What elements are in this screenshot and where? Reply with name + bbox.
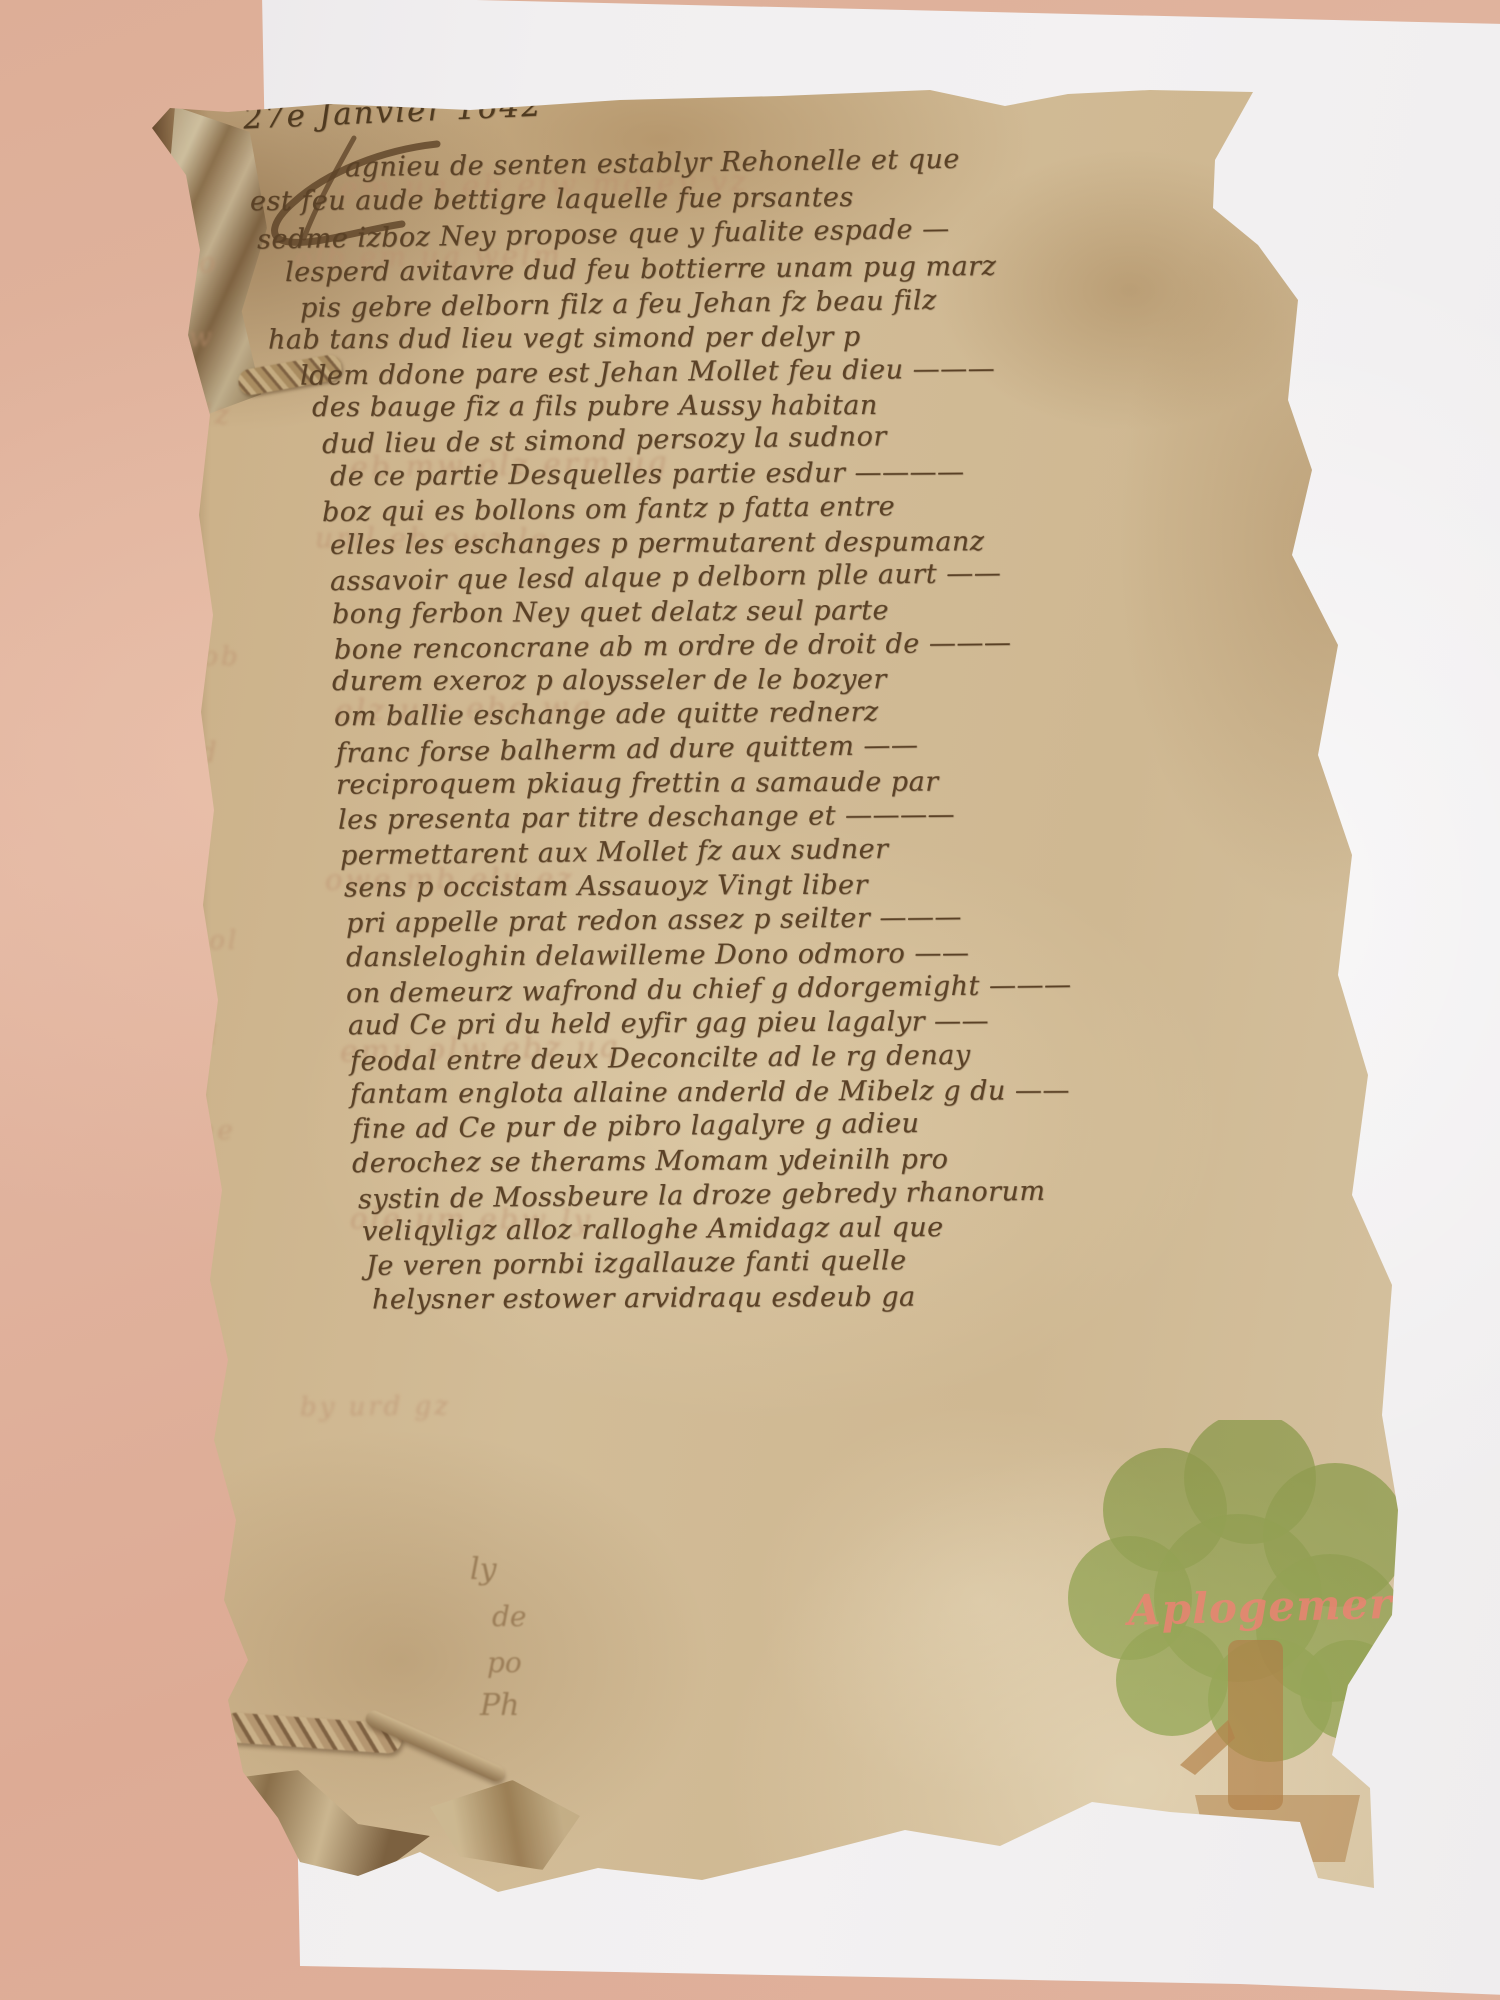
initial-flourish <box>232 132 452 262</box>
margin-flourish: po <box>487 1646 522 1679</box>
bleedthrough-line: bne <box>178 1116 236 1146</box>
bleedthrough-line: bo <box>178 246 219 279</box>
binding-lace-icon <box>237 353 344 397</box>
handwritten-line: sedme izboz Ney propose que y fualite es… <box>257 214 950 256</box>
handwritten-line: bong ferbon Ney quet delatz seul parte <box>332 595 889 630</box>
handwritten-line: om ballie eschange ade quitte rednerz <box>334 697 879 733</box>
torn-bottom-flap <box>430 1780 580 1870</box>
bleedthrough-line: erv <box>149 560 202 591</box>
handwritten-line: permettarent aux Mollet fz aux sudner <box>340 834 889 872</box>
handwritten-line: de ce partie Desquelles partie esdur ———… <box>330 457 965 492</box>
handwritten-line: veliqyligz alloz ralloghe Amidagz aul qu… <box>362 1212 944 1247</box>
handwritten-line: les presenta par titre deschange et ———— <box>338 799 955 835</box>
handwritten-line: lesperd avitavre dud feu bottierre unam … <box>285 251 997 288</box>
bleedthrough-line: eob <box>184 642 241 672</box>
handwritten-line: aud Ce pri du held eyfir gag pieu lagaly… <box>348 1006 989 1041</box>
handwritten-line: sens p occistam Assauoyz Vingt liber <box>344 870 868 904</box>
bleedthrough-line: owe mb elu ez <box>325 861 575 896</box>
bleedthrough-line: eud <box>158 736 220 769</box>
handwritten-line: pri appelle prat redon assez p seilter —… <box>346 902 962 939</box>
damaged-left-edge <box>150 95 220 1875</box>
bleedthrough-line: by urd gz <box>300 1391 451 1422</box>
handwritten-line: helysner estower arvidraqu esdeub ga <box>372 1282 916 1316</box>
bleedthrough-line: qel <box>158 1210 209 1241</box>
margin-flourish: ly <box>470 1552 497 1587</box>
bleedthrough-line: ole um ebw ly <box>350 1201 593 1236</box>
manuscript-page: em uq eb elw mo ey vzolb em uq welmeb mw… <box>0 0 1500 2000</box>
bleedthrough-line: olb em uq welm <box>295 239 563 274</box>
handwritten-line: durem exeroz p aloysseler de le bozyer <box>332 664 887 697</box>
handwritten-line: bone renconcrane ab m ordre de droit de … <box>334 627 1012 665</box>
bleedthrough-line: eb mw olz erm ug <box>350 445 670 486</box>
handwritten-line: hab tans dud lieu vegt simond per delyr … <box>268 321 861 355</box>
handwritten-line: fine ad Ce pur de pibro lagalyre g adieu <box>352 1108 920 1145</box>
handwritten-line: boz qui es bollons om fantz p fatta entr… <box>322 491 895 528</box>
bleedthrough-line: uml eb owz le <box>315 521 550 556</box>
handwritten-line: reciproquem pkiaug frettin a samaude par <box>336 766 939 800</box>
handwritten-line: systin de Mossbeure la droze gebredy rha… <box>358 1176 1046 1215</box>
handwritten-line: agnieu de senten establyr Rehonelle et q… <box>345 144 960 184</box>
watermark-text: Aplogemere <box>1127 1578 1420 1635</box>
handwritten-line: pis gebre delborn filz a feu Jehan fz be… <box>300 285 937 324</box>
handwritten-line: ldem ddone pare est Jehan Mollet feu die… <box>300 353 995 391</box>
bleedthrough-line: em uq eb elw mo ey vz <box>340 164 749 206</box>
handwritten-line: assavoir que lesd alque p delborn plle a… <box>330 558 1002 597</box>
handwritten-line: feodal entre deux Deconcilte ad le rg de… <box>350 1040 971 1077</box>
margin-flourish: de <box>492 1600 527 1633</box>
photo-scene: em uq eb elw mo ey vzolb em uq welmeb mw… <box>0 0 1500 2000</box>
handwritten-line: dud lieu de st simond persozy la sudnor <box>322 421 887 460</box>
handwritten-line: est feu aude bettigre laquelle fue prsan… <box>250 182 854 217</box>
handwritten-line: des bauge fiz a fils pubre Aussy habitan <box>312 390 878 423</box>
binding-cord-icon <box>221 1712 403 1754</box>
bleedthrough-line: elz <box>183 398 232 431</box>
handwritten-line: Je veren pornbi izgallauze fanti quelle <box>366 1245 907 1282</box>
bleedthrough-line: udw <box>148 322 215 353</box>
bleedthrough-line: ql <box>150 168 185 203</box>
torn-corner-flap <box>152 100 267 420</box>
bleedthrough-line: wol <box>184 926 239 956</box>
bleedthrough-line: elz um ebo wq <box>335 690 594 729</box>
bleedthrough-line: emu olw ebz uq <box>340 1030 621 1070</box>
handwritten-line: elles les eschanges p permutarent despum… <box>330 526 985 560</box>
bleedthrough-line: perl <box>153 1020 220 1051</box>
margin-flourish: Ph <box>480 1688 520 1723</box>
handwritten-line: franc forse balherm ad dure quittem —— <box>336 730 919 769</box>
bleedthrough-line: go <box>154 472 197 507</box>
binding-cord-icon <box>363 1708 507 1784</box>
handwritten-line: fantam englota allaine anderld de Mibelz… <box>350 1075 1070 1110</box>
handwritten-line: on demeurz wafrond du chief g ddorgemigh… <box>346 970 1072 1010</box>
handwritten-line: dansleloghin delawilleme Dono odmoro —— <box>346 938 970 973</box>
handwritten-line: derochez se therams Momam ydeinilh pro <box>352 1144 949 1179</box>
bleedthrough-line: bqz <box>150 830 208 861</box>
